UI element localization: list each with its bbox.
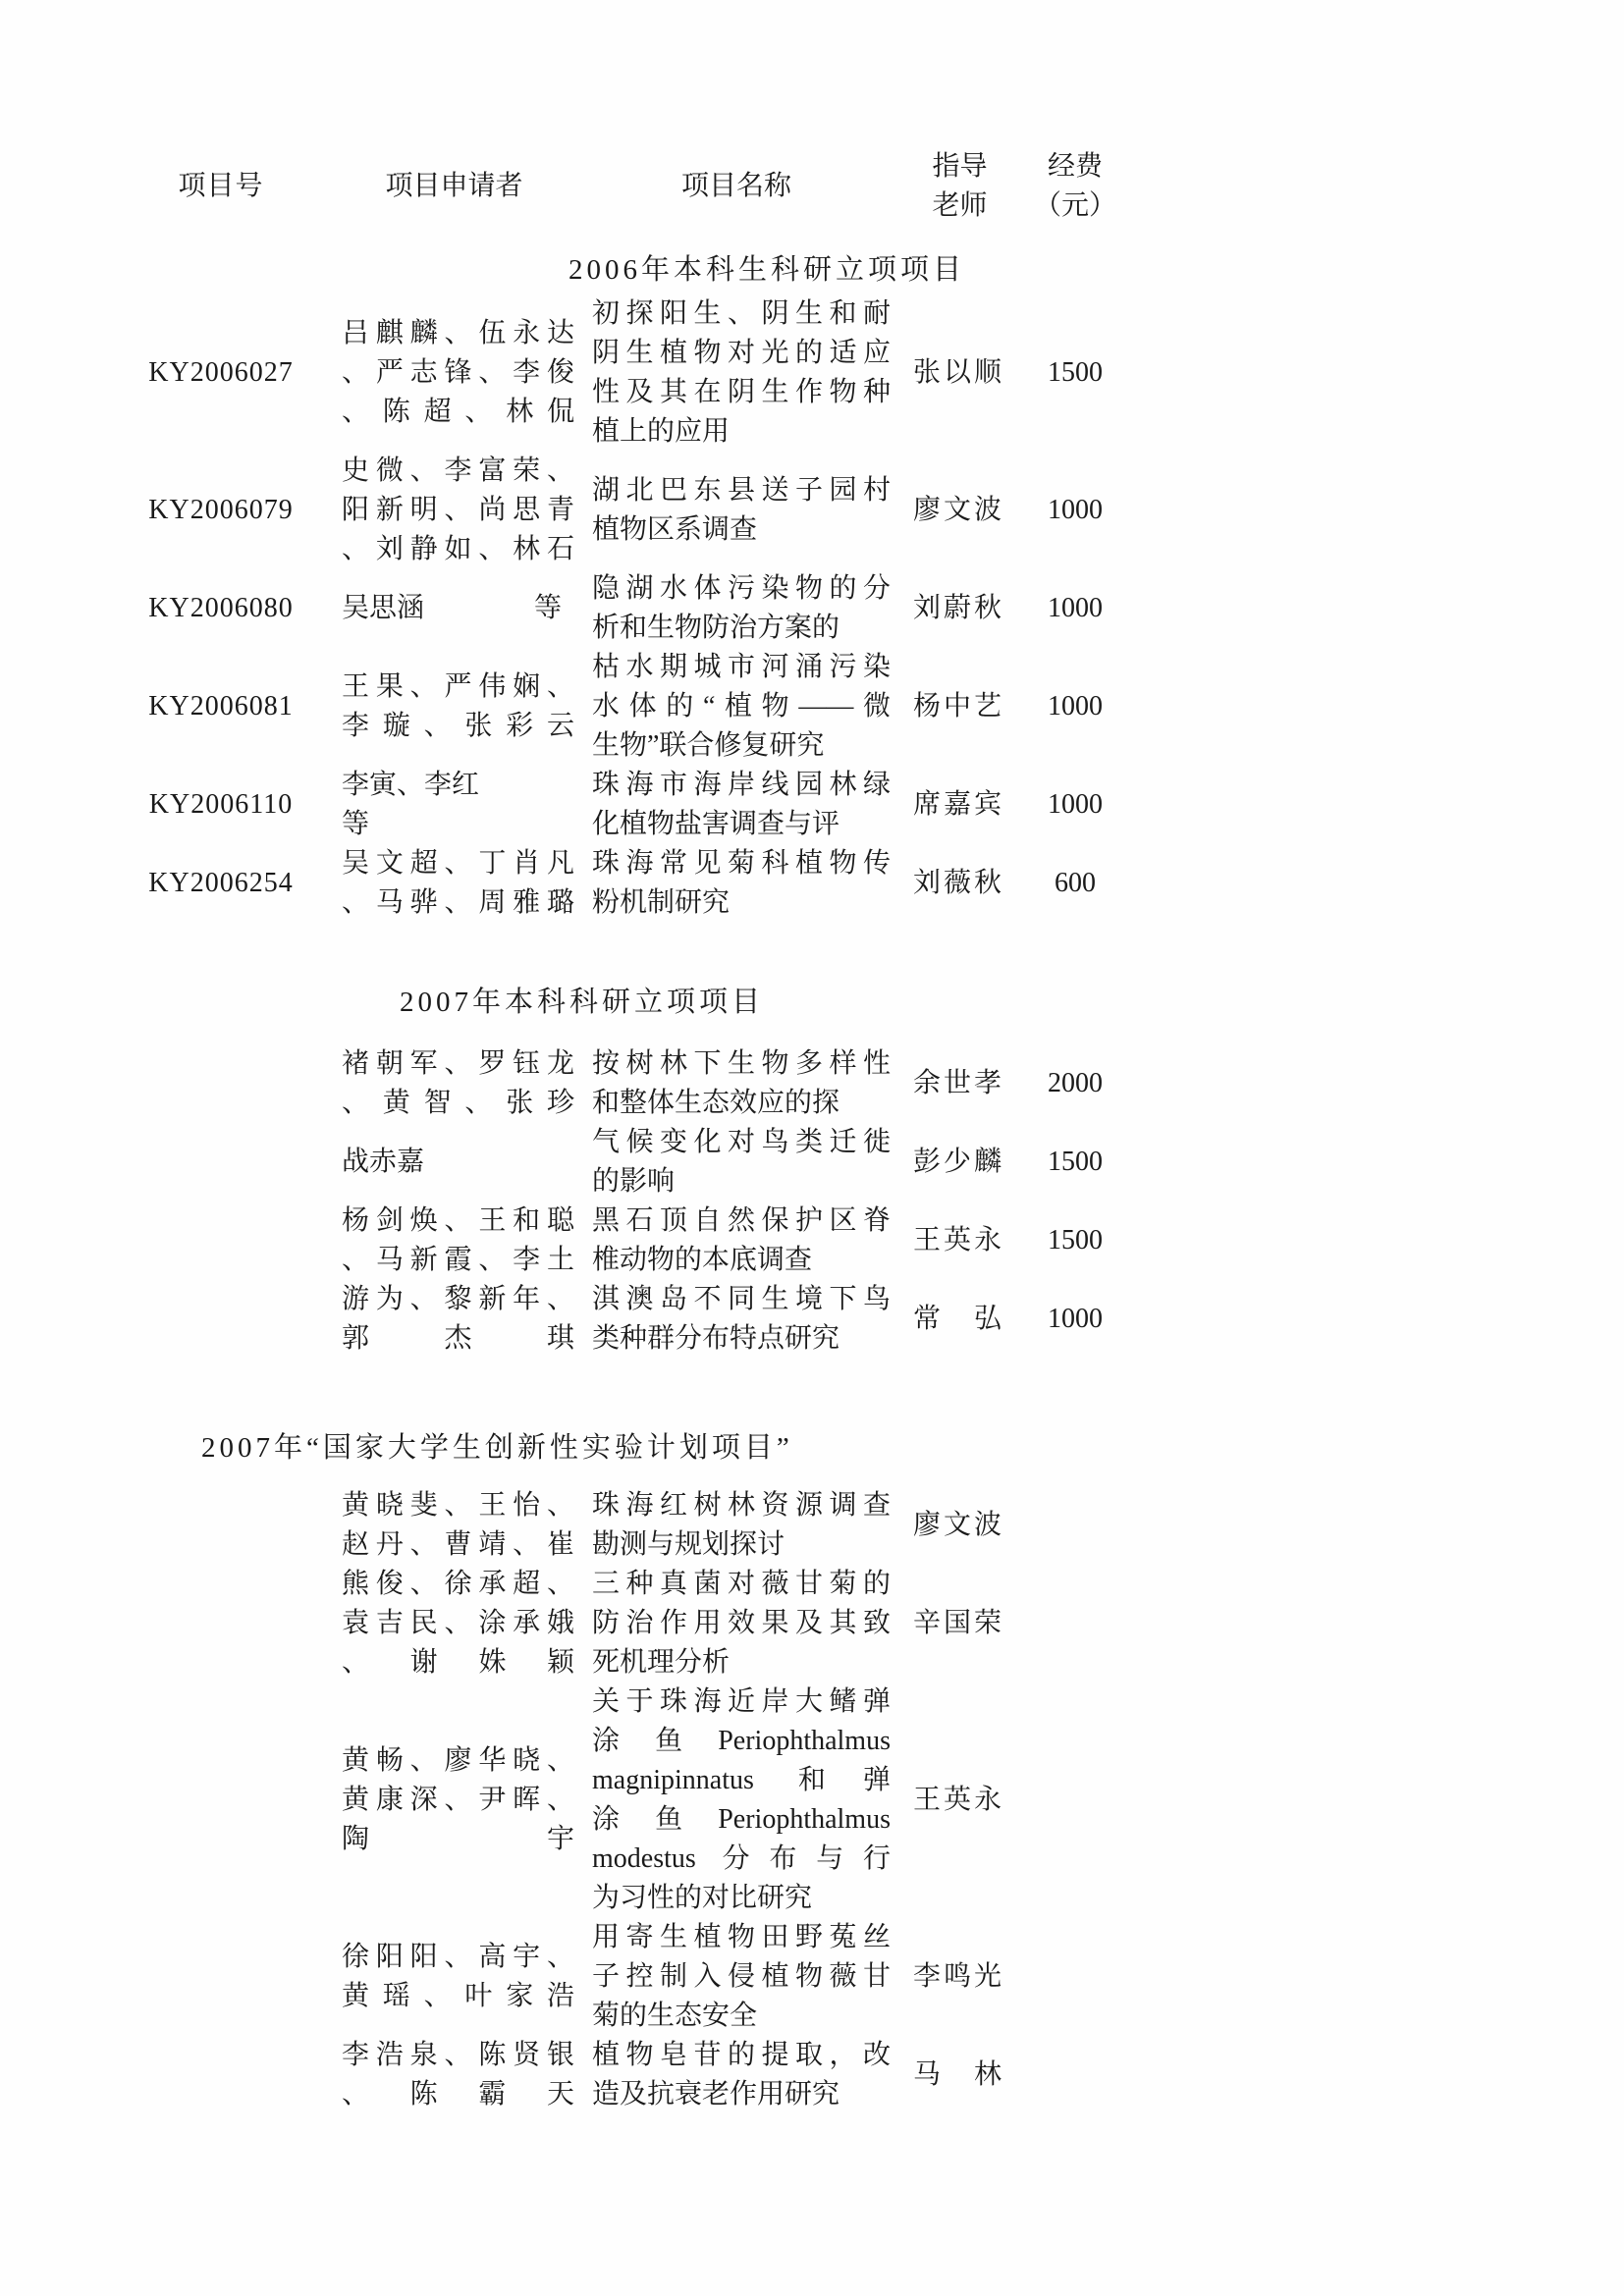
cell-project-name: 珠海常见菊科植物传粉机制研究	[574, 844, 898, 923]
cell-advisor: 王英永	[898, 1781, 1006, 1820]
cell-funding: 1000	[1006, 785, 1119, 825]
cell-advisor: 廖文波	[898, 491, 1006, 530]
table-row: KY2006081 王果、严伟娴、李璇、张彩云 枯水期城市河涌污染水体的“植物—…	[108, 648, 1119, 766]
cell-applicants: 黄晓斐、王怡、赵丹、曹靖、崔	[334, 1486, 574, 1565]
table-row: 徐阳阳、高宇、黄瑶、叶家浩 用寄生植物田野菟丝子控制入侵植物薇甘菊的生态安全 李…	[108, 1918, 1119, 2036]
table-body: 2006年本科生科研立项项目 KY2006027 吕麒麟、伍永达、严志锋、李俊、…	[108, 249, 1119, 2114]
cell-advisor: 刘薇秋	[898, 864, 1006, 903]
cell-advisor: 余世孝	[898, 1064, 1006, 1103]
cell-project-name: 珠海红树林资源调查勘测与规划探讨	[574, 1486, 898, 1565]
column-header-funding: 经费 （元）	[1006, 147, 1119, 226]
cell-funding: 1500	[1006, 1143, 1119, 1182]
cell-project-name: 湖北巴东县送子园村植物区系调查	[574, 471, 898, 550]
table-row: 黄畅、廖华晓、黄康深、尹晖、陶宇 关于珠海近岸大鳍弹涂鱼Periophthalm…	[108, 1682, 1119, 1918]
cell-funding: 600	[1006, 864, 1119, 903]
cell-advisor: 席嘉宾	[898, 785, 1006, 825]
cell-advisor: 辛国荣	[898, 1604, 1006, 1643]
table-row: 黄晓斐、王怡、赵丹、曹靖、崔 珠海红树林资源调查勘测与规划探讨 廖文波	[108, 1486, 1119, 1565]
table-header-row: 项目号 项目申请者 项目名称 指导 老师 经费 （元）	[108, 147, 1119, 226]
cell-funding: 1000	[1006, 1300, 1119, 1339]
cell-applicants: 杨剑焕、王和聪、马新霞、李土	[334, 1201, 574, 1280]
cell-project-name: 三种真菌对薇甘菊的防治作用效果及其致死机理分析	[574, 1565, 898, 1682]
cell-funding: 1000	[1006, 589, 1119, 628]
table-row: KY2006080 吴思涵 等 隐湖水体污染物的分析和生物防治方案的 刘蔚秋 1…	[108, 569, 1119, 648]
cell-advisor: 王英永	[898, 1221, 1006, 1260]
column-header-advisor: 指导 老师	[898, 147, 1006, 226]
table-row: 熊俊、徐承超、袁吉民、涂承娥、谢姝颖 三种真菌对薇甘菊的防治作用效果及其致死机理…	[108, 1565, 1119, 1682]
cell-project-name: 黑石顶自然保护区脊椎动物的本底调查	[574, 1201, 898, 1280]
section-title: 2006年本科生科研立项项目	[108, 249, 1119, 291]
cell-advisor: 杨中艺	[898, 687, 1006, 726]
cell-funding: 1000	[1006, 687, 1119, 726]
cell-applicants: 吴思涵 等	[334, 589, 574, 628]
table-row: KY2006110 李寅、李红 等 珠海市海岸线园林绿化植物盐害调查与评 席嘉宾…	[108, 766, 1119, 844]
section-title: 2007年“国家大学生创新性实验计划项目”	[108, 1427, 1119, 1468]
cell-project-name: 按树林下生物多样性和整体生态效应的探	[574, 1044, 898, 1123]
table-row: 战赤嘉 气候变化对鸟类迁徙的影响 彭少麟 1500	[108, 1123, 1119, 1201]
table-row: 游为、黎新年、郭杰琪 淇澳岛不同生境下鸟类种群分布特点研究 常弘 1000	[108, 1280, 1119, 1359]
cell-applicants: 吕麒麟、伍永达、严志锋、李俊、陈超、林侃	[334, 314, 574, 432]
cell-project-name: 初探阳生、阴生和耐阴生植物对光的适应性及其在阴生作物种植上的应用	[574, 294, 898, 452]
scanned-page: 项目号 项目申请者 项目名称 指导 老师 经费 （元） 2006年本科生科研立项…	[108, 147, 1119, 2114]
cell-applicants: 战赤嘉	[334, 1143, 574, 1182]
cell-applicants: 游为、黎新年、郭杰琪	[334, 1280, 574, 1359]
cell-project-name: 关于珠海近岸大鳍弹涂鱼Periophthalmusmagnipinnatus 和…	[574, 1682, 898, 1918]
cell-project-no: KY2006254	[108, 864, 334, 903]
cell-project-name: 淇澳岛不同生境下鸟类种群分布特点研究	[574, 1280, 898, 1359]
table-row: KY2006027 吕麒麟、伍永达、严志锋、李俊、陈超、林侃 初探阳生、阴生和耐…	[108, 294, 1119, 452]
table-row: 褚朝军、罗钰龙、黄智、张珍 按树林下生物多样性和整体生态效应的探 余世孝 200…	[108, 1044, 1119, 1123]
table-row: KY2006079 史微、李富荣、阳新明、尚思青、刘静如、林石 湖北巴东县送子园…	[108, 452, 1119, 569]
cell-advisor: 马林	[898, 2056, 1006, 2095]
cell-applicants: 李寅、李红 等	[334, 766, 574, 844]
column-header-project-no: 项目号	[108, 167, 334, 206]
cell-advisor: 张以顺	[898, 353, 1006, 393]
cell-advisor: 廖文波	[898, 1506, 1006, 1545]
cell-applicants: 史微、李富荣、阳新明、尚思青、刘静如、林石	[334, 452, 574, 569]
cell-project-no: KY2006110	[108, 785, 334, 825]
cell-funding: 1500	[1006, 353, 1119, 393]
cell-project-name: 气候变化对鸟类迁徙的影响	[574, 1123, 898, 1201]
cell-project-name: 植物皂苷的提取，改造及抗衰老作用研究	[574, 2036, 898, 2114]
table-row: 李浩泉、陈贤银、陈霸天 植物皂苷的提取，改造及抗衰老作用研究 马林	[108, 2036, 1119, 2114]
cell-applicants: 熊俊、徐承超、袁吉民、涂承娥、谢姝颖	[334, 1565, 574, 1682]
cell-project-no: KY2006081	[108, 687, 334, 726]
cell-project-no: KY2006080	[108, 589, 334, 628]
cell-project-name: 用寄生植物田野菟丝子控制入侵植物薇甘菊的生态安全	[574, 1918, 898, 2036]
cell-project-name: 枯水期城市河涌污染水体的“植物——微生物”联合修复研究	[574, 648, 898, 766]
cell-applicants: 徐阳阳、高宇、黄瑶、叶家浩	[334, 1938, 574, 2016]
cell-project-no: KY2006079	[108, 491, 334, 530]
cell-advisor: 李鸣光	[898, 1957, 1006, 1997]
cell-applicants: 褚朝军、罗钰龙、黄智、张珍	[334, 1044, 574, 1123]
cell-funding: 1500	[1006, 1221, 1119, 1260]
cell-applicants: 李浩泉、陈贤银、陈霸天	[334, 2036, 574, 2114]
cell-applicants: 吴文超、丁肖凡、马骅、周雅璐	[334, 844, 574, 923]
cell-project-name: 隐湖水体污染物的分析和生物防治方案的	[574, 569, 898, 648]
table-row: KY2006254 吴文超、丁肖凡、马骅、周雅璐 珠海常见菊科植物传粉机制研究 …	[108, 844, 1119, 923]
cell-project-no: KY2006027	[108, 353, 334, 393]
cell-project-name: 珠海市海岸线园林绿化植物盐害调查与评	[574, 766, 898, 844]
cell-applicants: 王果、严伟娴、李璇、张彩云	[334, 667, 574, 746]
cell-advisor: 常弘	[898, 1300, 1006, 1339]
section-title: 2007年本科科研立项项目	[108, 982, 1119, 1023]
cell-applicants: 黄畅、廖华晓、黄康深、尹晖、陶宇	[334, 1741, 574, 1859]
column-header-applicants: 项目申请者	[334, 167, 574, 206]
table-row: 杨剑焕、王和聪、马新霞、李土 黑石顶自然保护区脊椎动物的本底调查 王英永 150…	[108, 1201, 1119, 1280]
cell-advisor: 刘蔚秋	[898, 589, 1006, 628]
column-header-project-name: 项目名称	[574, 167, 898, 206]
cell-advisor: 彭少麟	[898, 1143, 1006, 1182]
cell-funding: 1000	[1006, 491, 1119, 530]
cell-funding: 2000	[1006, 1064, 1119, 1103]
